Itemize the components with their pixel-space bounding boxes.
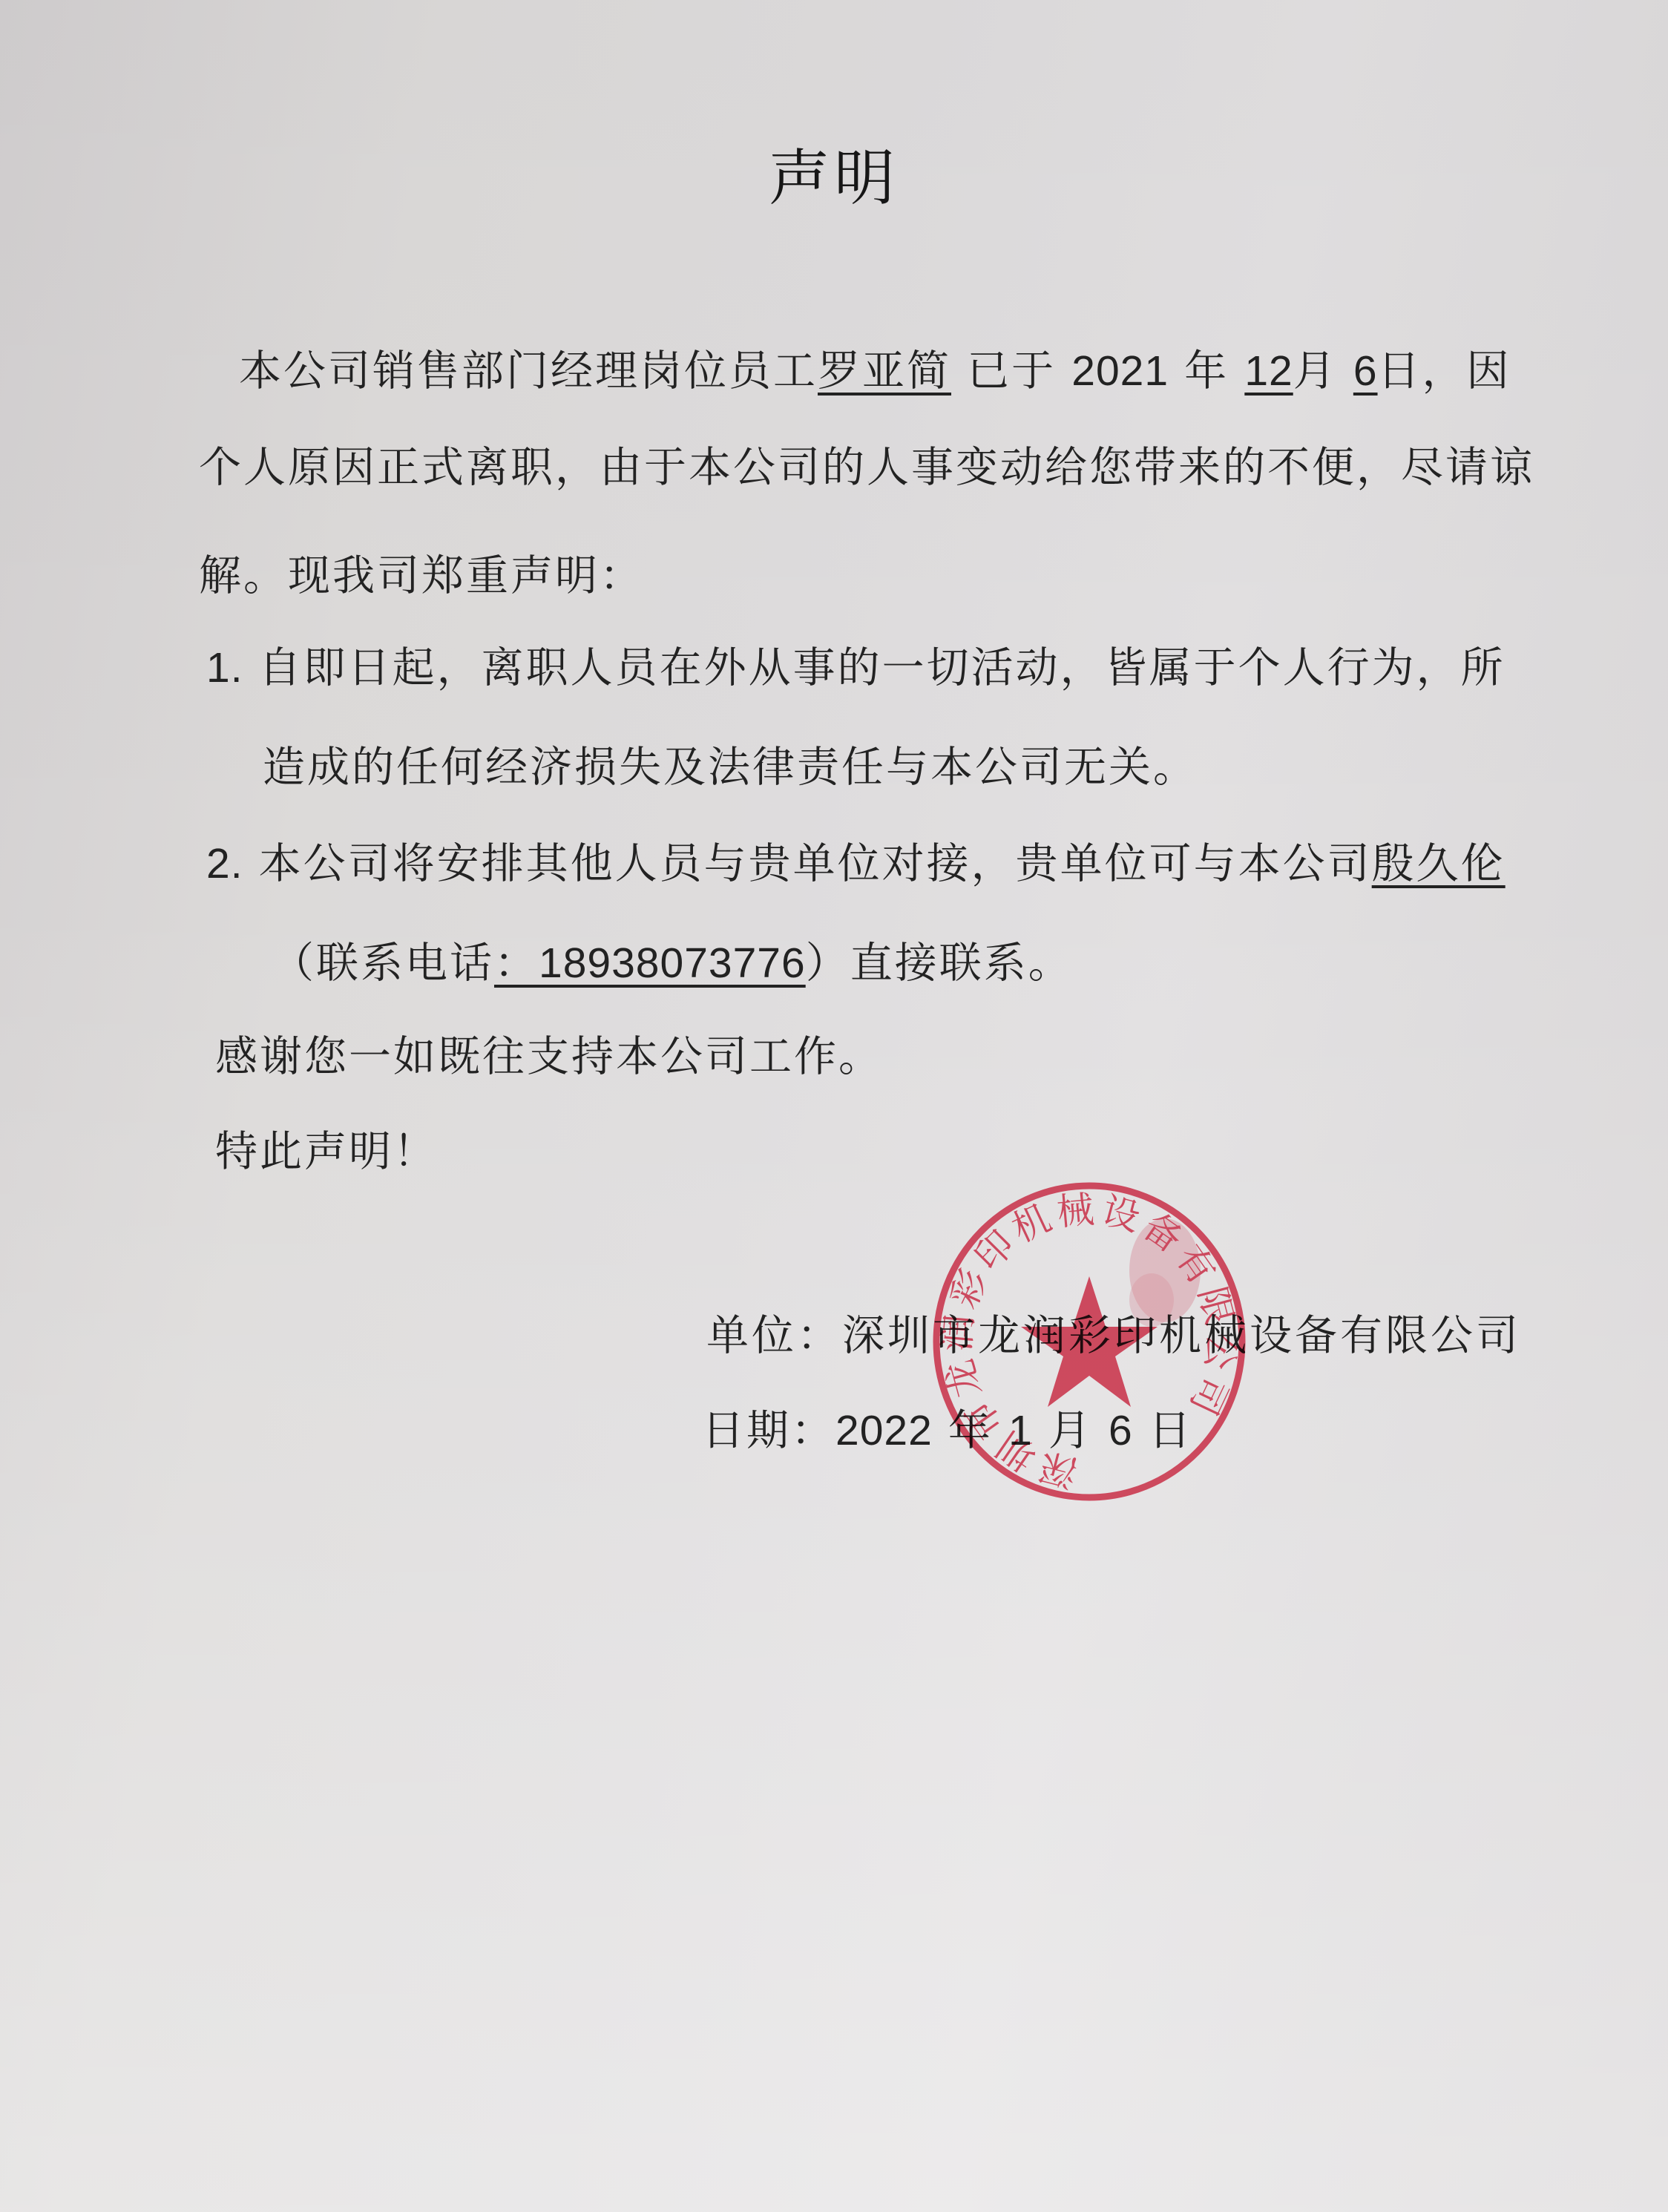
- date-month: 1: [1008, 1407, 1033, 1454]
- closing-text: 特此声明！: [215, 1131, 438, 1173]
- contact-phone: 18938073776: [539, 939, 806, 987]
- day-char: 日，因: [1378, 347, 1511, 396]
- item-2-line-1: 本公司将安排其他人员与贵单位对接，贵单位可与本公司: [259, 839, 1372, 888]
- resign-month: 12: [1244, 347, 1293, 395]
- resign-year: 2021: [1071, 347, 1169, 395]
- date-year-char: 年: [933, 1406, 1008, 1455]
- phone-label: （联系电话: [272, 939, 494, 988]
- intro-line-2: 个人原因正式离职，由于本公司的人事变动给您带来的不便，尽请谅: [199, 447, 1534, 489]
- date-day-char: 日: [1133, 1406, 1193, 1455]
- year-char: 年: [1169, 347, 1244, 396]
- thanks-text: 感谢您一如既往支持本公司工作。: [215, 1036, 883, 1078]
- paper-shading: [0, 0, 1668, 2212]
- month-char: 月: [1293, 347, 1353, 396]
- phone-suffix: ）直接联系。: [806, 939, 1073, 988]
- document-title: 声明: [0, 130, 1668, 217]
- unit-label: 单位：: [706, 1311, 842, 1360]
- item-number: 1.: [206, 644, 243, 692]
- contact-name: 殷久伦: [1372, 839, 1506, 888]
- item-1-line-1: 自即日起，离职人员在外从事的一切活动，皆属于个人行为，所: [259, 643, 1506, 692]
- unit-name: 深圳市龙润彩印机械设备有限公司: [842, 1311, 1521, 1360]
- resign-day: 6: [1353, 347, 1378, 395]
- date-day: 6: [1109, 1407, 1133, 1454]
- item-2-line-2: （联系电话：18938073776）直接联系。: [272, 942, 1073, 985]
- date-label: 日期：: [702, 1406, 835, 1455]
- employee-name: 罗亚简: [818, 347, 951, 396]
- signature-date: 日期：2022 年 1 月 6 日: [702, 1410, 1193, 1452]
- phone-colon: ：: [494, 939, 539, 988]
- intro-prefix: 本公司销售部门经理岗位员工: [239, 347, 818, 396]
- list-item-1: 1. 自即日起，离职人员在外从事的一切活动，皆属于个人行为，所: [206, 647, 1506, 689]
- date-month-char: 月: [1033, 1406, 1109, 1455]
- intro-line-1: 本公司销售部门经理岗位员工罗亚简 已于 2021 年 12月 6日，因: [239, 350, 1511, 393]
- item-number: 2.: [206, 840, 243, 887]
- date-year: 2022: [835, 1407, 933, 1454]
- signature-unit: 单位：深圳市龙润彩印机械设备有限公司: [706, 1315, 1521, 1357]
- item-1-line-2: 造成的任何经济损失及法律责任与本公司无关。: [263, 746, 1198, 789]
- list-item-2: 2. 本公司将安排其他人员与贵单位对接，贵单位可与本公司殷久伦: [206, 843, 1506, 885]
- intro-line-3: 解。现我司郑重声明：: [199, 555, 644, 597]
- intro-mid: 已于: [951, 347, 1071, 396]
